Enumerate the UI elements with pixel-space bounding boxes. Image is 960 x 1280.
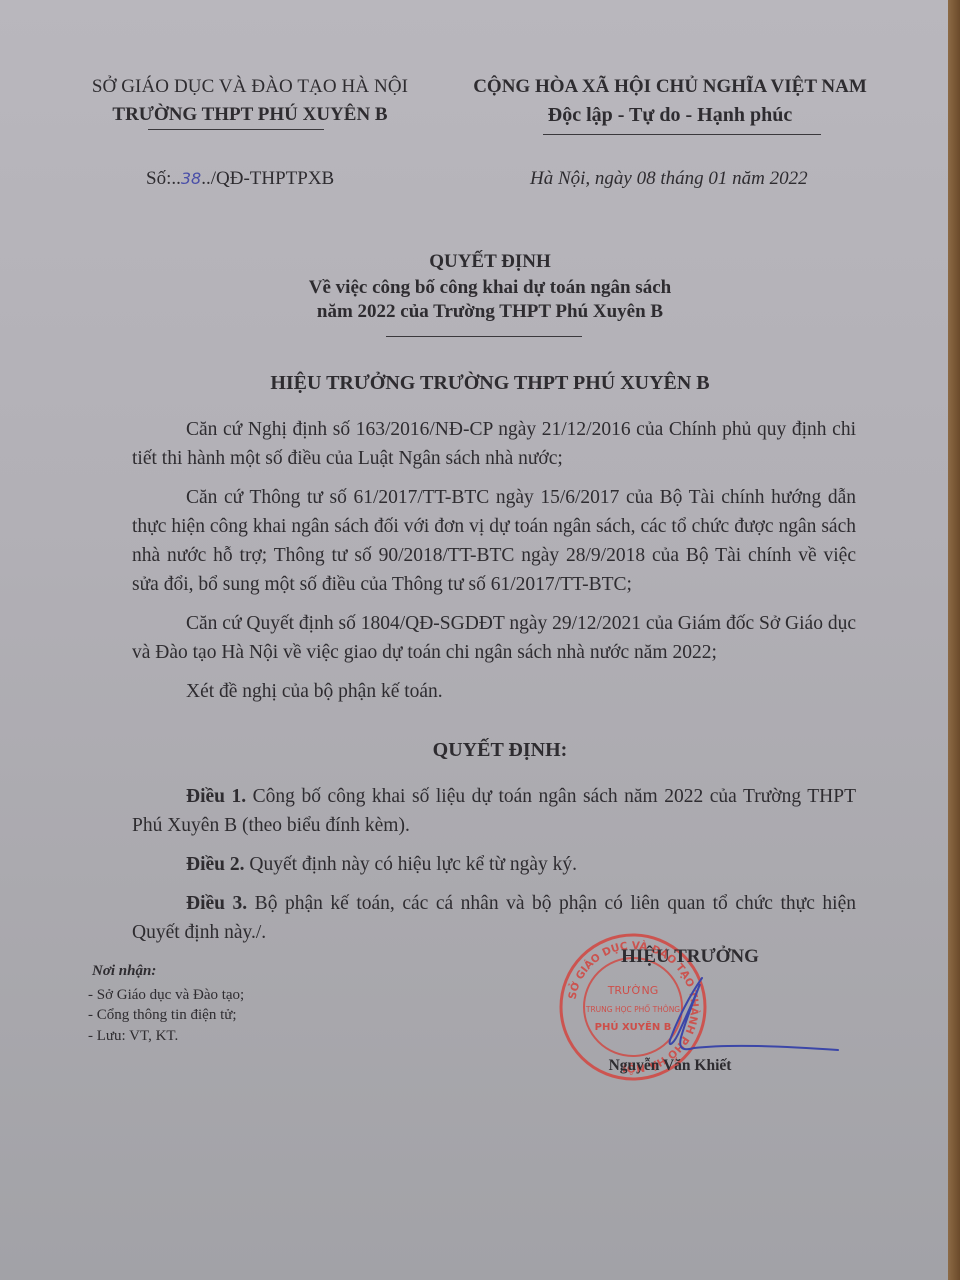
national-motto: Độc lập - Tự do - Hạnh phúc [440,104,900,127]
doc-number-suffix: ../QĐ-THPTPXB [201,168,334,189]
school-underline [148,129,324,130]
school-name: TRƯỜNG THPT PHÚ XUYÊN B [50,104,450,126]
document-subject-line1: Về việc công bố công khai dự toán ngân s… [240,277,740,299]
handwritten-signature-icon [650,970,850,1060]
preamble-item: Căn cứ Nghị định số 163/2016/NĐ-CP ngày … [132,415,856,473]
preamble-item: Căn cứ Quyết định số 1804/QĐ-SGDĐT ngày … [132,609,856,667]
place-date: Hà Nội, ngày 08 tháng 01 năm 2022 [530,168,808,190]
recipient-item: - Lưu: VT, KT. [88,1028,178,1045]
article-1: Điều 1. Công bố công khai số liệu dự toá… [132,782,856,840]
doc-number-handwritten: 38 [181,169,201,188]
preamble-item: Xét đề nghị của bộ phận kế toán. [132,677,856,706]
preamble: Căn cứ Nghị định số 163/2016/NĐ-CP ngày … [132,415,856,716]
recipients-heading: Nơi nhận: [92,963,156,980]
article-label: Điều 3. [186,893,247,914]
signer-name: Nguyễn Văn Khiết [520,1057,820,1075]
recipient-item: - Sở Giáo dục và Đào tạo; [88,987,244,1004]
article-text: Quyết định này có hiệu lực kể từ ngày ký… [245,854,578,875]
motto-underline [543,134,821,135]
article-3: Điều 3. Bộ phận kế toán, các cá nhân và … [132,889,856,947]
doc-number-prefix: Số:.. [146,168,181,189]
title-underline [386,336,582,337]
country-name: CỘNG HÒA XÃ HỘI CHỦ NGHĨA VIỆT NAM [440,76,900,98]
preamble-item: Căn cứ Thông tư số 61/2017/TT-BTC ngày 1… [132,483,856,599]
recipient-item: - Cổng thông tin điện tử; [88,1007,237,1024]
document-page: SỞ GIÁO DỤC VÀ ĐÀO TẠO HÀ NỘI TRƯỜNG THP… [0,0,948,1280]
article-2: Điều 2. Quyết định này có hiệu lực kể từ… [132,850,856,879]
document-title: QUYẾT ĐỊNH [240,251,740,273]
article-label: Điều 2. [186,854,245,875]
signer-title: HIỆU TRƯỞNG [560,946,820,968]
issuing-authority: HIỆU TRƯỞNG TRƯỜNG THPT PHÚ XUYÊN B [220,372,760,395]
articles: Điều 1. Công bố công khai số liệu dự toá… [132,782,856,957]
agency-name: SỞ GIÁO DỤC VÀ ĐÀO TẠO HÀ NỘI [50,76,450,98]
document-number: Số:..38../QĐ-THPTPXB [146,168,334,190]
table-edge [948,0,960,1280]
document-subject-line2: năm 2022 của Trường THPT Phú Xuyên B [240,301,740,323]
decision-heading: QUYẾT ĐỊNH: [300,739,700,762]
article-label: Điều 1. [186,786,246,807]
